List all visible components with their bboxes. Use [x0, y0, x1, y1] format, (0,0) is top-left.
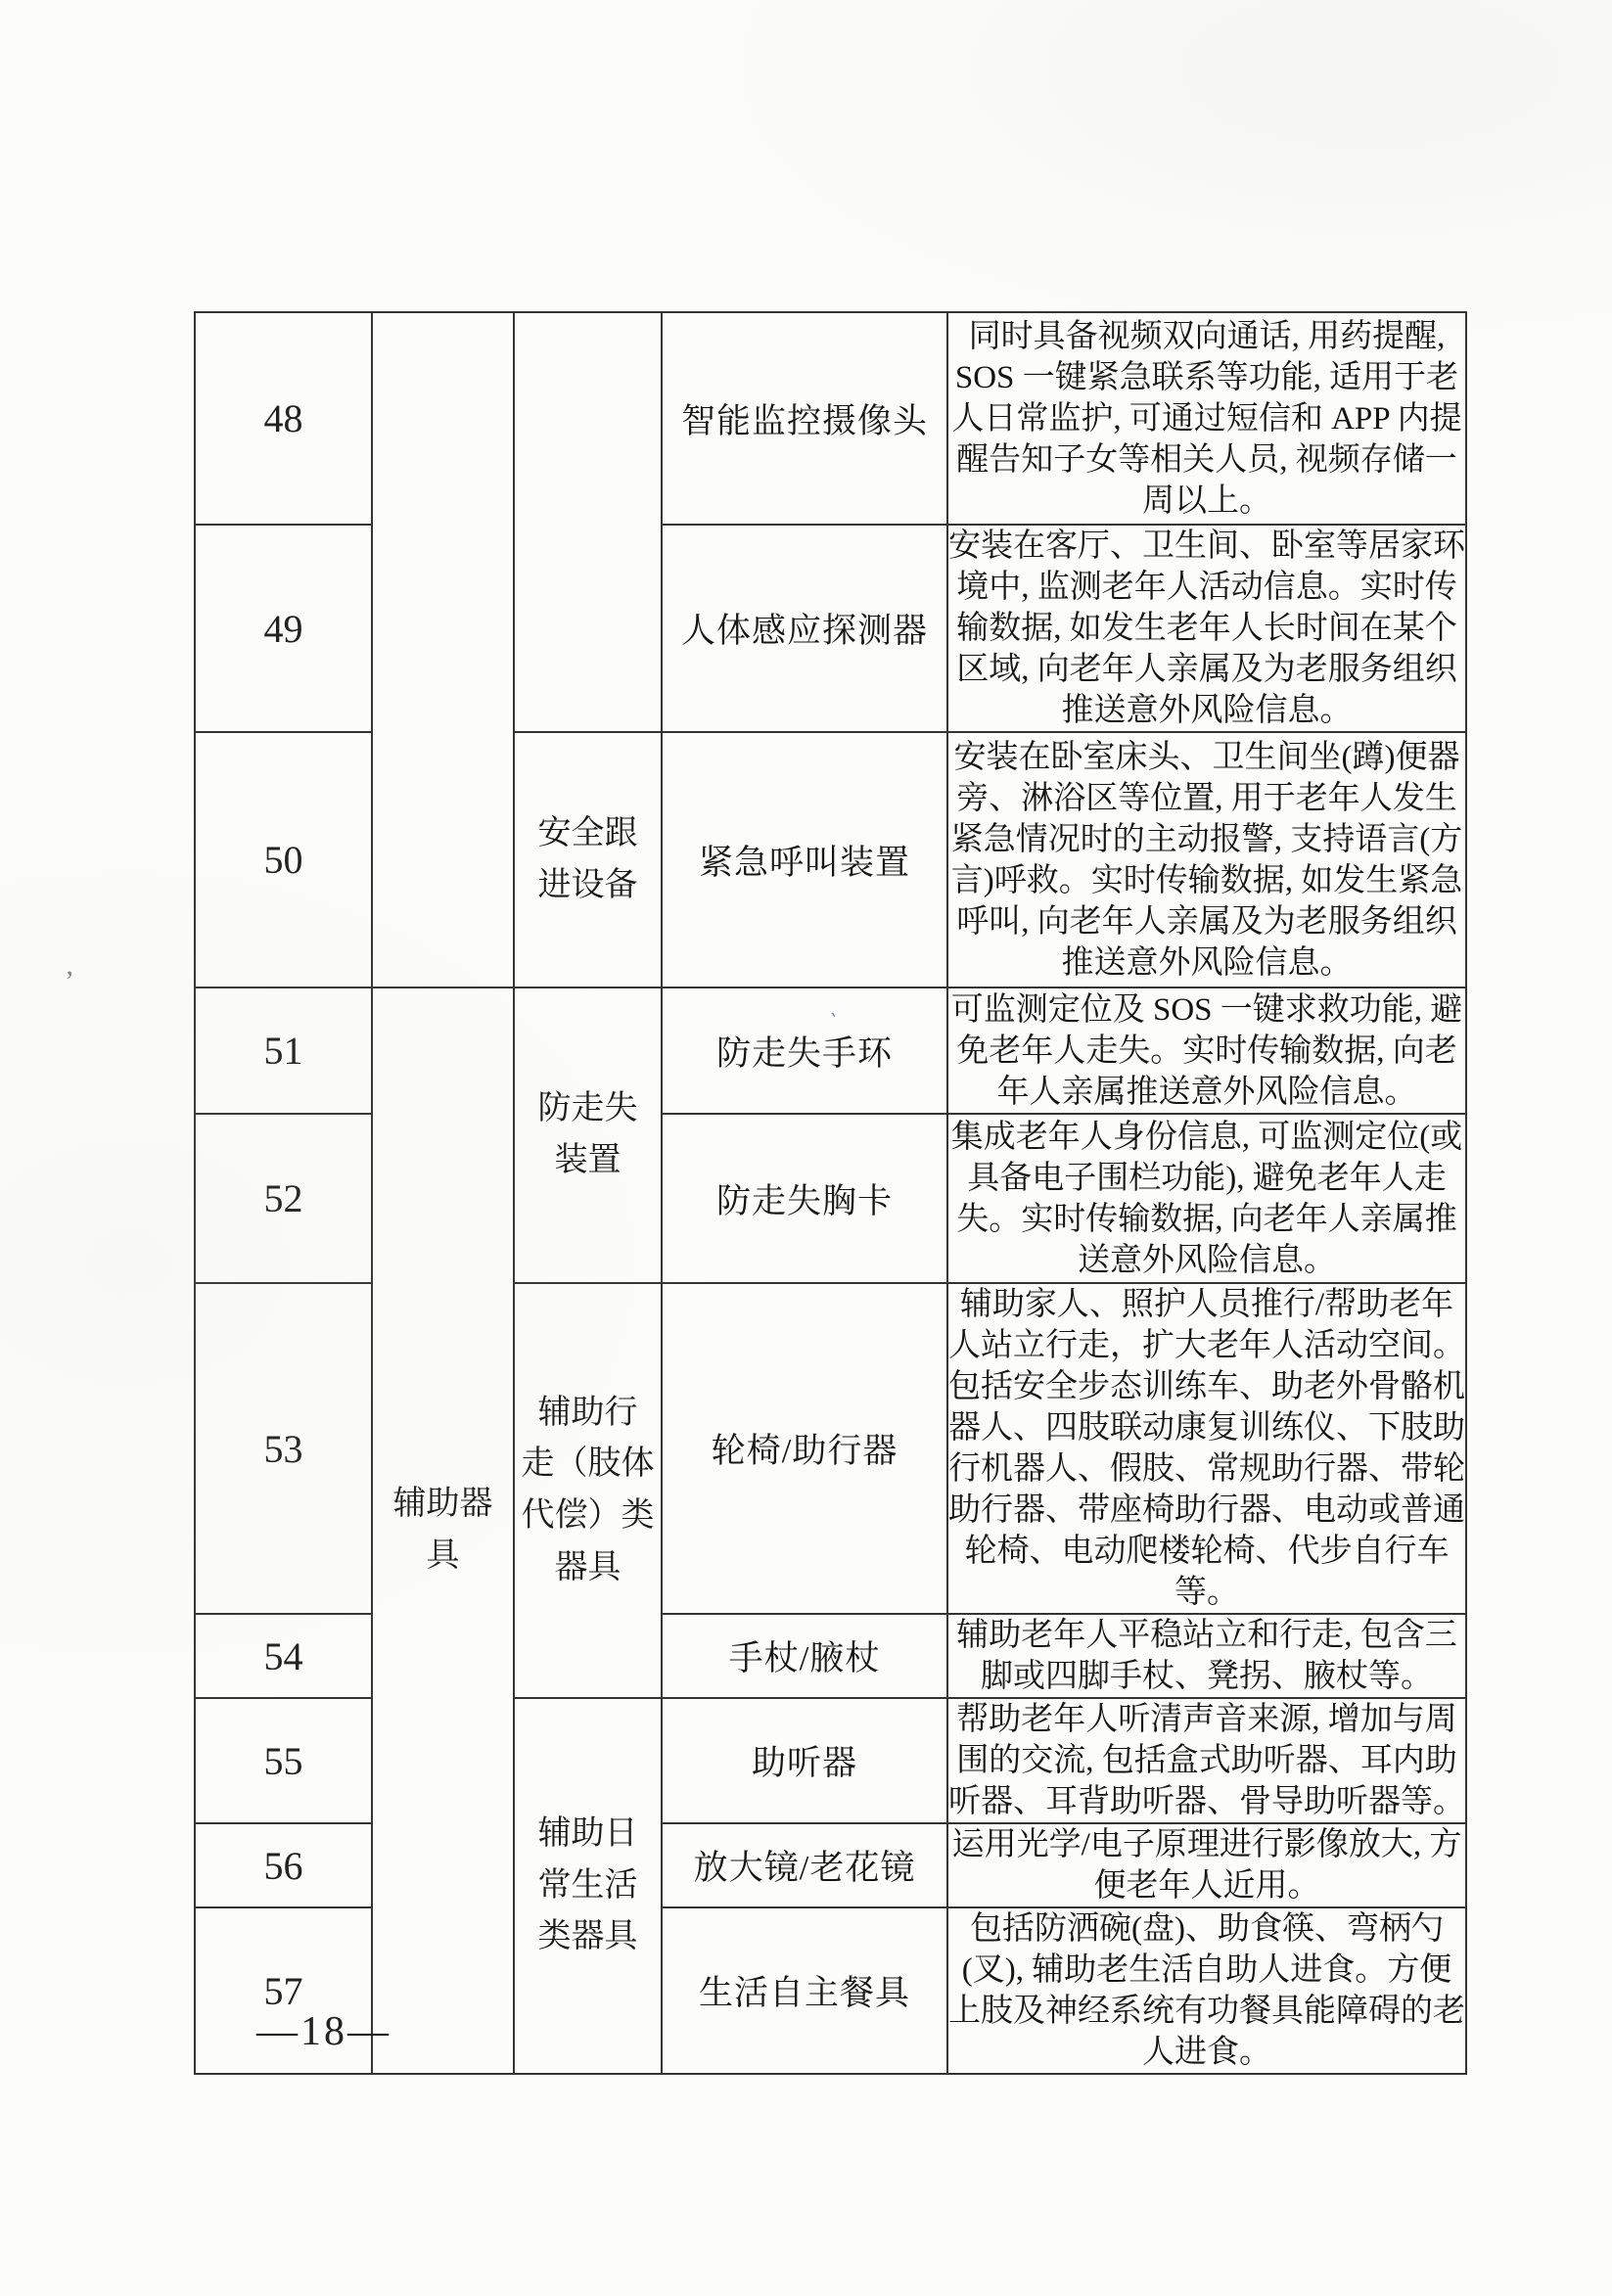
description-cell: 可监测定位及 SOS 一键求救功能, 避免老年人走失。实时传输数据, 向老年人亲… — [947, 987, 1466, 1114]
document-page: 48 智能监控摄像头 同时具备视频双向通话, 用药提醒, SOS 一键紧急联系等… — [0, 0, 1612, 2296]
description-cell: 安装在卧室床头、卫生间坐(蹲)便器旁、淋浴区等位置, 用于老年人发生紧急情况时的… — [947, 732, 1466, 987]
subcategory-cell-daily-living-aids: 辅助日 常生活 类器具 — [514, 1698, 662, 2074]
row-number-cell: 51 — [195, 987, 372, 1114]
item-name-cell: 人体感应探测器 — [662, 525, 947, 732]
item-name-cell: 轮椅/助行器 — [662, 1283, 947, 1614]
item-name-cell: 助听器 — [662, 1698, 947, 1823]
category-cell-assistive-devices: 辅助器 具 — [372, 987, 514, 2074]
item-name-cell: 防走失胸卡 — [662, 1114, 947, 1283]
description-cell: 同时具备视频双向通话, 用药提醒, SOS 一键紧急联系等功能, 适用于老人日常… — [947, 312, 1466, 525]
description-cell: 帮助老年人听清声音来源, 增加与周围的交流, 包括盒式助听器、耳内助听器、耳背助… — [947, 1698, 1466, 1823]
description-cell: 辅助家人、照护人员推行/帮助老年人站立行走，扩大老年人活动空间。包括安全步态训练… — [947, 1283, 1466, 1614]
row-number-cell: 54 — [195, 1614, 372, 1698]
description-cell: 运用光学/电子原理进行影像放大, 方便老年人近用。 — [947, 1823, 1466, 1907]
description-cell: 安装在客厅、卫生间、卧室等居家环境中, 监测老年人活动信息。实时传输数据, 如发… — [947, 525, 1466, 732]
subcategory-cell-blank — [514, 312, 662, 732]
item-name-cell: 生活自主餐具 — [662, 1907, 947, 2074]
row-number-cell: 55 — [195, 1698, 372, 1823]
row-number-cell: 53 — [195, 1283, 372, 1614]
table-row-48: 48 智能监控摄像头 同时具备视频双向通话, 用药提醒, SOS 一键紧急联系等… — [195, 312, 1466, 525]
item-name-cell: 智能监控摄像头 — [662, 312, 947, 525]
subcategory-cell-anti-wandering: 防走失 装置 — [514, 987, 662, 1283]
scan-artifact-quote: ’ — [65, 965, 74, 998]
row-number-cell: 52 — [195, 1114, 372, 1283]
subcategory-cell-walking-aids: 辅助行 走（肢体 代偿）类 器具 — [514, 1283, 662, 1698]
equipment-table: 48 智能监控摄像头 同时具备视频双向通话, 用药提醒, SOS 一键紧急联系等… — [194, 311, 1467, 2075]
row-number-cell: 48 — [195, 312, 372, 525]
description-cell: 集成老年人身份信息, 可监测定位(或具备电子围栏功能), 避免老年人走失。实时传… — [947, 1114, 1466, 1283]
row-number-cell: 50 — [195, 732, 372, 987]
item-name-cell: 手杖/腋杖 — [662, 1614, 947, 1698]
item-name-cell: 放大镜/老花镜 — [662, 1823, 947, 1907]
category-cell-blank — [372, 312, 514, 987]
item-name-cell: 防走失手环 — [662, 987, 947, 1114]
row-number-cell: 49 — [195, 525, 372, 732]
subcategory-cell-safety-tracking: 安全跟 进设备 — [514, 732, 662, 987]
row-number-cell: 56 — [195, 1823, 372, 1907]
page-number: —18— — [256, 2008, 391, 2055]
description-cell: 包括防洒碗(盘)、助食筷、弯柄勺(叉), 辅助老生活自助人进食。方便上肢及神经系… — [947, 1907, 1466, 2074]
description-cell: 辅助老年人平稳站立和行走, 包含三脚或四脚手杖、凳拐、腋杖等。 — [947, 1614, 1466, 1698]
item-name-cell: 紧急呼叫装置 — [662, 732, 947, 987]
